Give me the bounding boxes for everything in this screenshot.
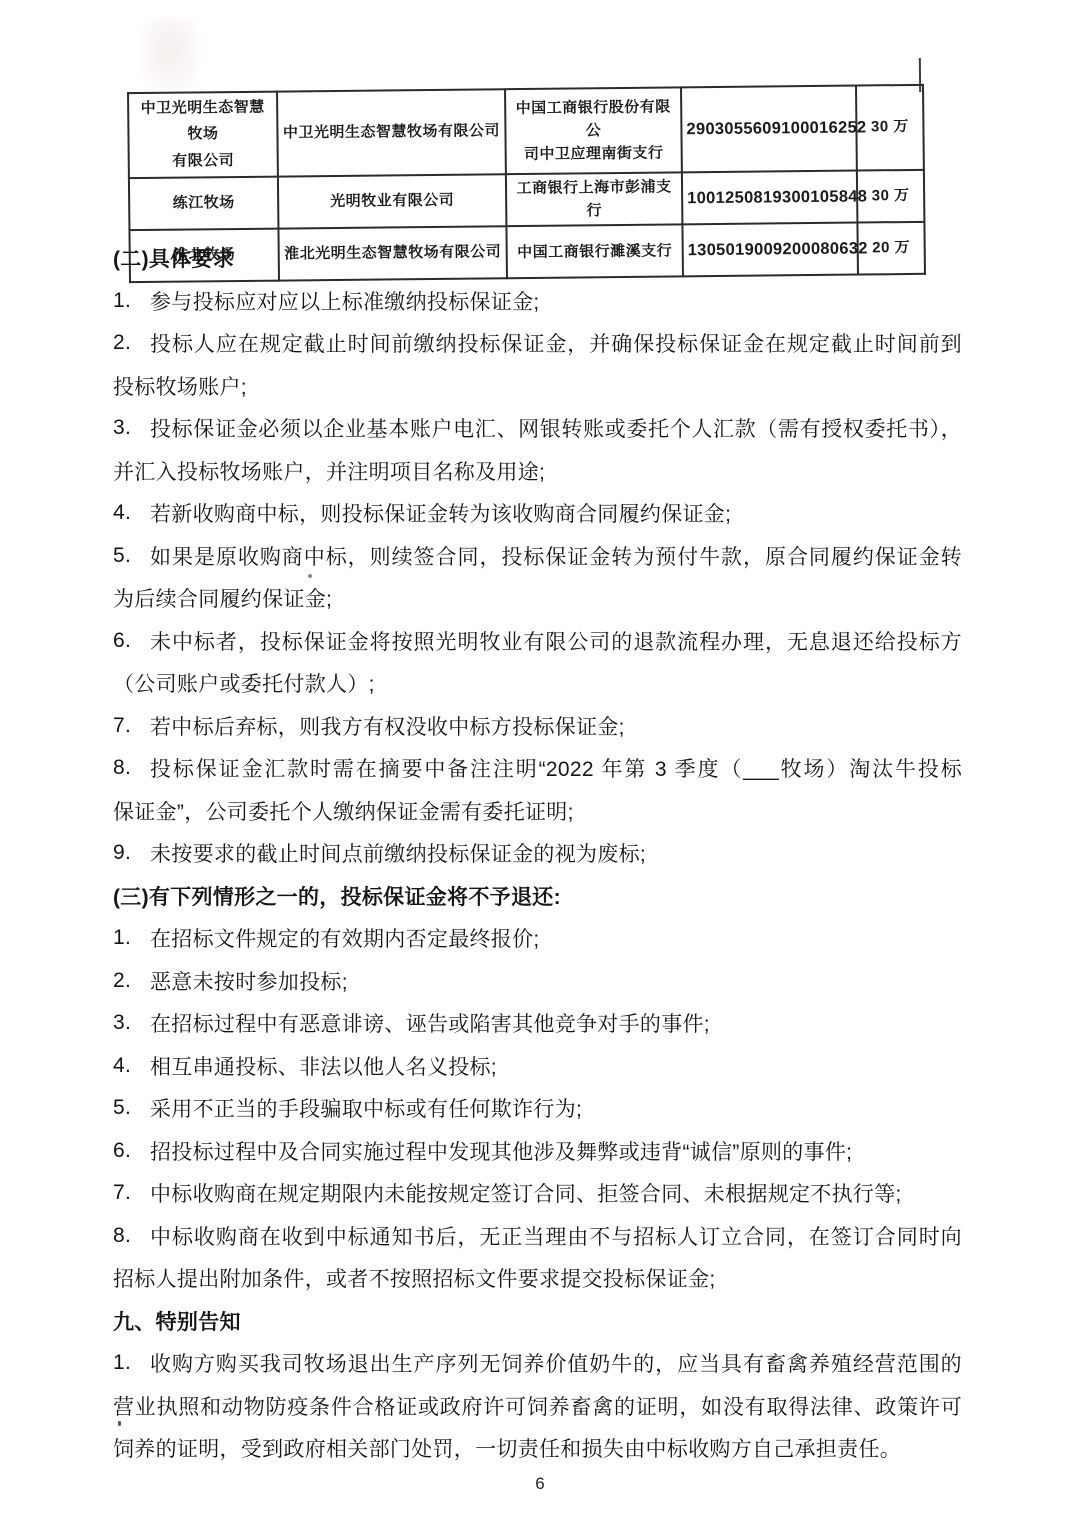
- table-cell: 练江牧场: [129, 176, 279, 230]
- line-text: 若中标后弃标，则我方有权没收中标方投标保证金;: [150, 711, 962, 741]
- table-cell: 中国工商银行股份有限公 司中卫应理南街支行: [505, 87, 682, 174]
- line-text: 在招标过程中有恶意诽谤、诬告或陷害其他竞争对手的事件;: [150, 1008, 962, 1038]
- text-lines: (二)具体要求1.参与投标应对应以上标准缴纳投标保证金;2.投标人应在规定截止时…: [113, 237, 962, 1470]
- item-number: 2.: [113, 331, 150, 355]
- text-line: 9.未按要求的截止时间点前缴纳投标保证金的视为废标;: [113, 832, 962, 875]
- table-cell: 1001250819300105848: [682, 170, 858, 224]
- section-heading: 九、特别告知: [113, 1300, 962, 1343]
- text-line: 3.在招标过程中有恶意诽谤、诬告或陷害其他竞争对手的事件;: [113, 1002, 962, 1045]
- line-text: 中标收购商在收到中标通知书后，无正当理由不与招标人订立合同，在签订合同时向: [150, 1221, 962, 1251]
- line-text: 为后续合同履约保证金;: [113, 583, 962, 613]
- text-line: 并汇入投标牧场账户，并注明项目名称及用途;: [113, 450, 962, 493]
- line-text: (二)具体要求: [113, 243, 962, 273]
- item-number: 1.: [113, 926, 150, 950]
- text-line: 保证金”，公司委托个人缴纳保证金需有委托证明;: [113, 790, 962, 833]
- line-text: 投标保证金必须以企业基本账户电汇、网银转账或委托个人汇款（需有授权委托书），: [150, 413, 962, 443]
- item-number: 1.: [113, 1351, 150, 1375]
- item-number: 6.: [113, 629, 150, 653]
- document-page: 中卫光明生态智慧牧场 有限公司中卫光明生态智慧牧场有限公司中国工商银行股份有限公…: [0, 0, 1080, 1528]
- item-number: 4.: [113, 501, 150, 525]
- line-text: 并汇入投标牧场账户，并注明项目名称及用途;: [113, 456, 962, 486]
- item-number: 5.: [113, 1096, 150, 1120]
- text-line: 7.中标收购商在规定期限内未能按规定签订合同、拒签合同、未根据规定不执行等;: [113, 1172, 962, 1215]
- line-text: 相互串通投标、非法以他人名义投标;: [150, 1051, 962, 1081]
- text-line: 8.中标收购商在收到中标通知书后，无正当理由不与招标人订立合同，在签订合同时向: [113, 1215, 962, 1258]
- table-cell: 中卫光明生态智慧牧场 有限公司: [128, 92, 278, 178]
- line-text: 投标人应在规定截止时间前缴纳投标保证金，并确保投标保证金在规定截止时间前到: [150, 328, 962, 358]
- line-text: （公司账户或委托付款人）;: [113, 668, 962, 698]
- line-text: 保证金”，公司委托个人缴纳保证金需有委托证明;: [113, 796, 962, 826]
- text-line: 7.若中标后弃标，则我方有权没收中标方投标保证金;: [113, 705, 962, 748]
- line-text: (三)有下列情形之一的，投标保证金将不予退还:: [113, 881, 962, 911]
- table-row: 练江牧场光明牧业有限公司工商银行上海市彭浦支行10012508193001058…: [129, 170, 925, 231]
- item-number: 9.: [113, 841, 150, 865]
- line-text: 九、特别告知: [113, 1306, 962, 1336]
- item-number: 2.: [113, 969, 150, 993]
- item-number: 8.: [113, 756, 150, 780]
- scan-smudge: [138, 18, 202, 98]
- item-number: 8.: [113, 1224, 150, 1248]
- table-cell: 光明牧业有限公司: [278, 174, 507, 229]
- text-line: 饲养的证明，受到政府相关部门处罚，一切责任和损失由中标收购方自己承担责任。: [113, 1427, 962, 1470]
- item-number: 1.: [113, 289, 150, 313]
- text-line: 6.招投标过程中及合同实施过程中发现其他涉及舞弊或违背“诚信”原则的事件;: [113, 1130, 962, 1173]
- line-text: 未按要求的截止时间点前缴纳投标保证金的视为废标;: [150, 838, 962, 868]
- line-text: 收购方购买我司牧场退出生产序列无饲养价值奶牛的，应当具有畜禽养殖经营范围的: [150, 1348, 962, 1378]
- line-text: 招标人提出附加条件，或者不按照招标文件要求提交投标保证金;: [113, 1263, 962, 1293]
- line-text: 投标保证金汇款时需在摘要中备注注明“2022 年第 3 季度（___牧场）淘汰牛…: [150, 753, 962, 783]
- line-text: 在招标文件规定的有效期内否定最终报价;: [150, 923, 962, 953]
- item-number: 6.: [113, 1139, 150, 1163]
- table-row: 中卫光明生态智慧牧场 有限公司中卫光明生态智慧牧场有限公司中国工商银行股份有限公…: [128, 85, 924, 178]
- text-line: 5.如果是原收购商中标，则续签合同，投标保证金转为预付牛款，原合同履约保证金转: [113, 535, 962, 578]
- text-line: （公司账户或委托付款人）;: [113, 662, 962, 705]
- item-number: 5.: [113, 544, 150, 568]
- item-number: 7.: [113, 1181, 150, 1205]
- text-line: 8.投标保证金汇款时需在摘要中备注注明“2022 年第 3 季度（___牧场）淘…: [113, 747, 962, 790]
- text-line: 2.投标人应在规定截止时间前缴纳投标保证金，并确保投标保证金在规定截止时间前到: [113, 322, 962, 365]
- section-heading: (二)具体要求: [113, 237, 962, 280]
- text-line: 5.采用不正当的手段骗取中标或有任何欺诈行为;: [113, 1087, 962, 1130]
- line-text: 招投标过程中及合同实施过程中发现其他涉及舞弊或违背“诚信”原则的事件;: [150, 1136, 962, 1166]
- text-line: 招标人提出附加条件，或者不按照招标文件要求提交投标保证金;: [113, 1257, 962, 1300]
- table-cell: 2903055609100016252: [681, 86, 857, 173]
- line-text: 饲养的证明，受到政府相关部门处罚，一切责任和损失由中标收购方自己承担责任。: [113, 1433, 962, 1463]
- text-line: 1.收购方购买我司牧场退出生产序列无饲养价值奶牛的，应当具有畜禽养殖经营范围的: [113, 1342, 962, 1385]
- table-cell: 工商银行上海市彭浦支行: [506, 172, 683, 226]
- text-line: 3.投标保证金必须以企业基本账户电汇、网银转账或委托个人汇款（需有授权委托书），: [113, 407, 962, 450]
- item-number: 3.: [113, 416, 150, 440]
- text-line: 4.若新收购商中标，则投标保证金转为该收购商合同履约保证金;: [113, 492, 962, 535]
- item-number: 3.: [113, 1011, 150, 1035]
- line-text: 中标收购商在规定期限内未能按规定签订合同、拒签合同、未根据规定不执行等;: [150, 1178, 962, 1208]
- text-line: 1.参与投标应对应以上标准缴纳投标保证金;: [113, 280, 962, 323]
- section-heading: (三)有下列情形之一的，投标保证金将不予退还:: [113, 875, 962, 918]
- item-number: 4.: [113, 1054, 150, 1078]
- text-line: 2.恶意未按时参加投标;: [113, 960, 962, 1003]
- text-line: 营业执照和动物防疫条件合格证或政府许可饲养畜禽的证明，如没有取得法律、政策许可: [113, 1385, 962, 1428]
- text-line: 6.未中标者，投标保证金将按照光明牧业有限公司的退款流程办理，无息退还给投标方: [113, 620, 962, 663]
- line-text: 未中标者，投标保证金将按照光明牧业有限公司的退款流程办理，无息退还给投标方: [150, 626, 962, 656]
- table-cell: 中卫光明生态智慧牧场有限公司: [277, 89, 506, 176]
- text-line: 为后续合同履约保证金;: [113, 577, 962, 620]
- text-line: 投标牧场账户;: [113, 365, 962, 408]
- page-number: 6: [0, 1474, 1080, 1494]
- line-text: 营业执照和动物防疫条件合格证或政府许可饲养畜禽的证明，如没有取得法律、政策许可: [113, 1391, 962, 1421]
- line-text: 若新收购商中标，则投标保证金转为该收购商合同履约保证金;: [150, 498, 962, 528]
- text-line: 1.在招标文件规定的有效期内否定最终报价;: [113, 917, 962, 960]
- line-text: 投标牧场账户;: [113, 371, 962, 401]
- item-number: 7.: [113, 714, 150, 738]
- line-text: 参与投标应对应以上标准缴纳投标保证金;: [150, 286, 962, 316]
- line-text: 如果是原收购商中标，则续签合同，投标保证金转为预付牛款，原合同履约保证金转: [150, 541, 962, 571]
- text-line: 4.相互串通投标、非法以他人名义投标;: [113, 1045, 962, 1088]
- line-text: 采用不正当的手段骗取中标或有任何欺诈行为;: [150, 1093, 962, 1123]
- line-text: 恶意未按时参加投标;: [150, 966, 962, 996]
